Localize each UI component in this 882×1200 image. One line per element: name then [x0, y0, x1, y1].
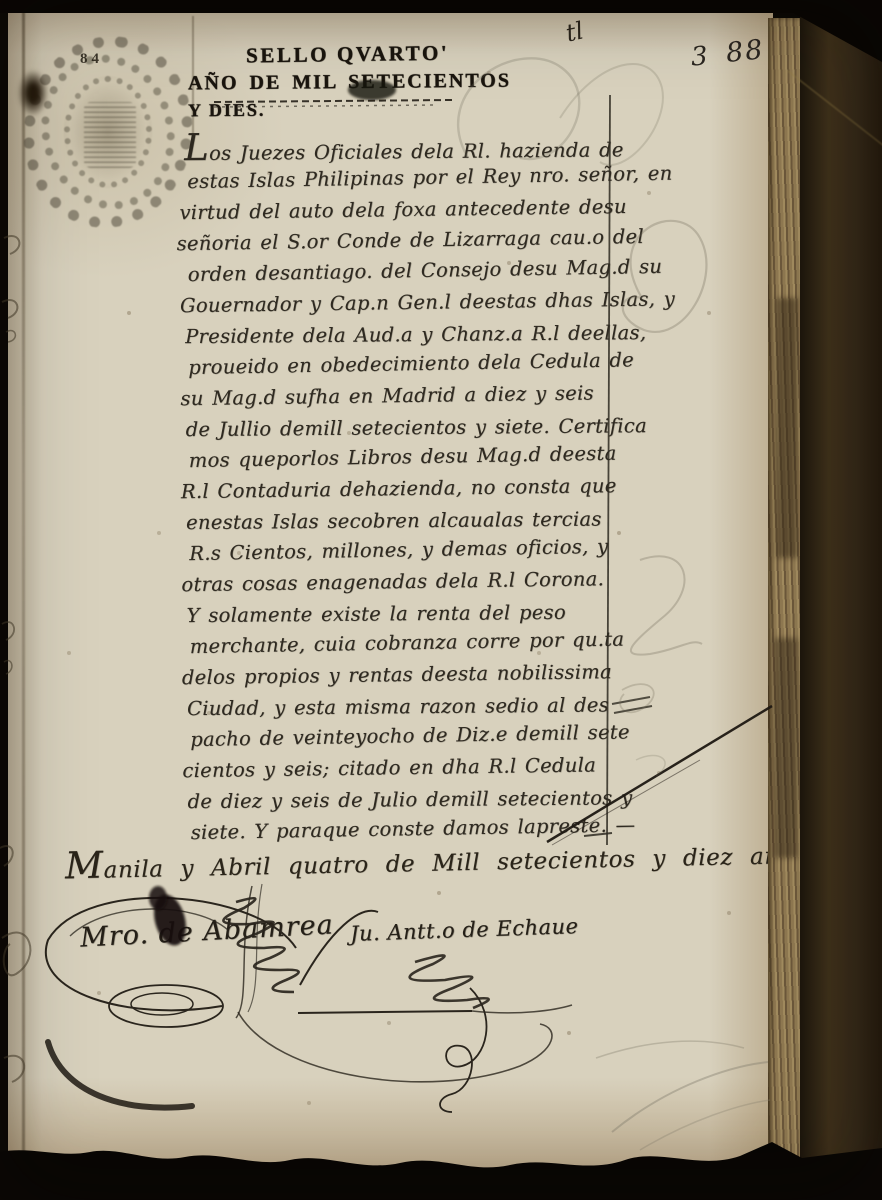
- book-leather-cover: [800, 0, 882, 1200]
- printed-header-line3: Y DIES.: [188, 100, 266, 122]
- royal-seal-stamp: 84: [24, 36, 192, 228]
- seal-number: 84: [80, 51, 103, 68]
- manuscript-page: 84 tl SELLO QVARTO' AÑO DE MIL SETECIENT…: [8, 12, 773, 1172]
- printed-header-line1: SELLO QVARTO': [246, 41, 450, 69]
- manuscript-body-text: Los Juezes Oficiales dela Rl. hazienda d…: [183, 137, 625, 852]
- photo-top-edge: [0, 0, 882, 13]
- manuscript-line: cientos y seis; citado en dha R.l Cedula: [182, 753, 620, 790]
- folio-number: 88: [724, 34, 765, 69]
- fore-edge-shadow: [774, 638, 798, 858]
- manuscript-line: otras cosas enagenadas dela R.l Corona.: [181, 567, 619, 604]
- folio-mark: 3: [690, 41, 709, 72]
- manuscript-line: delos propios y rentas deesta nobilissim…: [182, 660, 620, 697]
- fore-edge-shadow: [776, 298, 798, 558]
- manuscript-line: Gouernador y Cap.n Gen.l deestas dhas Is…: [180, 288, 618, 325]
- manuscript-line: su Mag.d sufha en Madrid a diez y seis: [180, 381, 618, 418]
- manuscript-line: R.l Contaduria dehazienda, no consta que: [181, 474, 619, 511]
- ink-burn-spot: [18, 70, 48, 116]
- invocation-mark: tl: [563, 17, 586, 48]
- seal-coat-of-arms: [84, 102, 136, 168]
- manuscript-photo: 84 tl SELLO QVARTO' AÑO DE MIL SETECIENT…: [0, 0, 882, 1200]
- printed-header-line2: AÑO DE MIL SETECIENTOS: [188, 70, 511, 96]
